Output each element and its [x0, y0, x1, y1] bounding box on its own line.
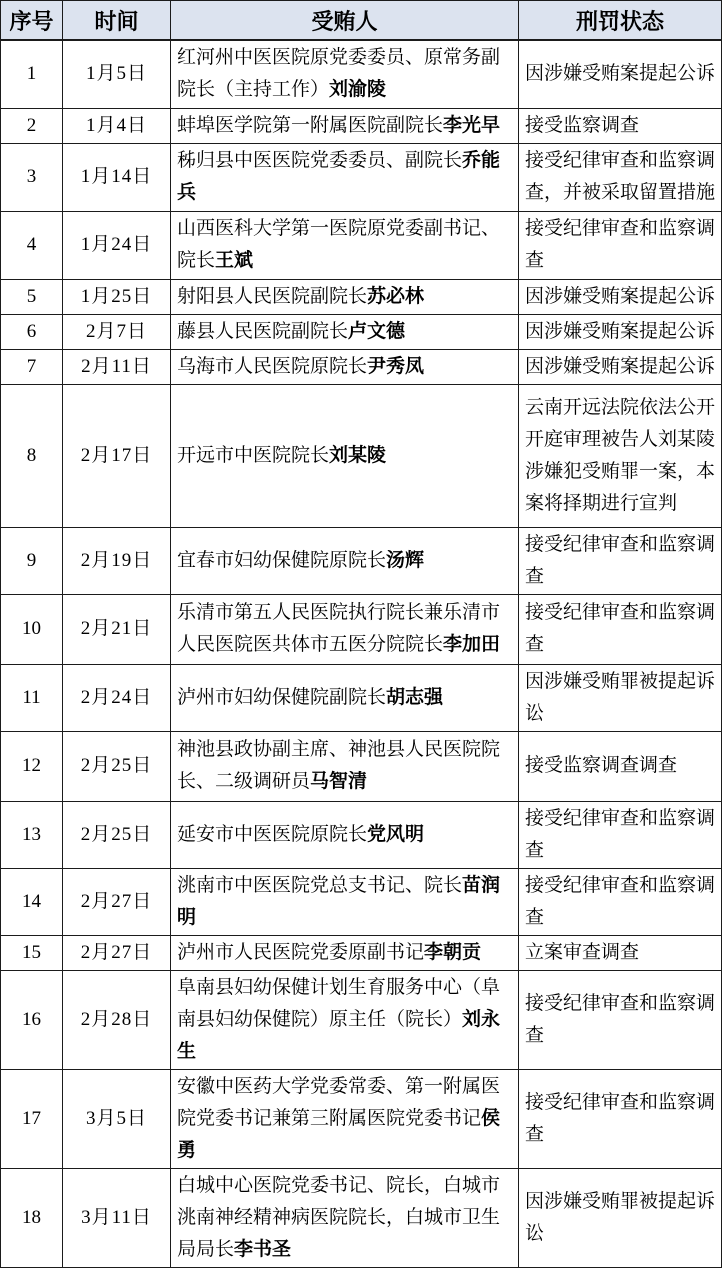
recipient-title: 洮南市中医医院党总支书记、院长 — [177, 875, 462, 896]
status-cell: 接受纪律审查和监察调查 — [519, 527, 722, 594]
recipient-name: 马智清 — [310, 771, 367, 792]
col-header-serial: 序号 — [1, 1, 63, 41]
status-cell: 接受监察调查 — [519, 108, 722, 143]
status-cell: 接受纪律审查和监察调查 — [519, 970, 722, 1069]
recipient-cell: 开远市中医院院长刘某陵 — [171, 384, 519, 527]
recipient-name: 汤辉 — [386, 550, 424, 571]
serial-cell: 17 — [1, 1069, 63, 1168]
date-cell: 3月5日 — [63, 1069, 171, 1168]
date-cell: 2月7日 — [63, 314, 171, 349]
recipient-title: 乌海市人民医院原院长 — [177, 356, 367, 377]
serial-cell: 7 — [1, 349, 63, 384]
recipient-title: 蚌埠医学院第一附属医院副院长 — [177, 115, 443, 136]
date-cell: 2月27日 — [63, 935, 171, 970]
status-cell: 因涉嫌受贿案提起公诉 — [519, 314, 722, 349]
table-row: 15 2月27日 泸州市人民医院党委原副书记李朝贡 立案审查调查 — [1, 935, 722, 970]
table-row: 9 2月19日 宜春市妇幼保健院原院长汤辉 接受纪律审查和监察调查 — [1, 527, 722, 594]
recipient-cell: 射阳县人民医院副院长苏必林 — [171, 279, 519, 314]
recipient-cell: 秭归县中医医院党委委员、副院长乔能兵 — [171, 143, 519, 211]
table-row: 2 1月4日 蚌埠医学院第一附属医院副院长李光早 接受监察调查 — [1, 108, 722, 143]
recipient-title: 秭归县中医医院党委委员、副院长 — [177, 150, 462, 171]
serial-cell: 4 — [1, 211, 63, 279]
table-row: 14 2月27日 洮南市中医医院党总支书记、院长苗润明 接受纪律审查和监察调查 — [1, 868, 722, 935]
recipient-title: 延安市中医医院原院长 — [177, 824, 367, 845]
status-cell: 因涉嫌受贿罪被提起诉讼 — [519, 664, 722, 731]
status-cell: 因涉嫌受贿案提起公诉 — [519, 40, 722, 108]
serial-cell: 6 — [1, 314, 63, 349]
recipient-name: 刘某陵 — [329, 445, 386, 466]
recipient-title: 阜南县妇幼保健计划生育服务中心（阜南县妇幼保健院）原主任（院长） — [177, 977, 500, 1030]
recipient-cell: 泸州市人民医院党委原副书记李朝贡 — [171, 935, 519, 970]
serial-cell: 10 — [1, 594, 63, 664]
date-cell: 1月25日 — [63, 279, 171, 314]
date-cell: 2月25日 — [63, 801, 171, 868]
status-cell: 接受纪律审查和监察调查 — [519, 801, 722, 868]
table-row: 8 2月17日 开远市中医院院长刘某陵 云南开远法院依法公开开庭审理被告人刘某陵… — [1, 384, 722, 527]
serial-cell: 5 — [1, 279, 63, 314]
recipient-name: 党风明 — [367, 824, 424, 845]
recipient-name: 李书圣 — [234, 1239, 291, 1260]
status-cell: 因涉嫌受贿罪被提起诉讼 — [519, 1168, 722, 1267]
date-cell: 2月28日 — [63, 970, 171, 1069]
recipient-title: 泸州市妇幼保健院副院长 — [177, 687, 386, 708]
date-cell: 1月14日 — [63, 143, 171, 211]
date-cell: 2月25日 — [63, 731, 171, 801]
recipient-name: 李朝贡 — [424, 942, 481, 963]
recipient-title: 安徽中医药大学党委常委、第一附属医院党委书记兼第三附属医院党委书记 — [177, 1076, 500, 1129]
serial-cell: 1 — [1, 40, 63, 108]
serial-cell: 9 — [1, 527, 63, 594]
bribery-cases-table: 序号 时间 受贿人 刑罚状态 1 1月5日 红河州中医医院原党委委员、原常务副院… — [0, 0, 722, 1268]
recipient-title: 白城中心医院党委书记、院长，白城市洮南神经精神病医院院长，白城市卫生局局长 — [177, 1175, 500, 1260]
serial-cell: 16 — [1, 970, 63, 1069]
status-cell: 接受纪律审查和监察调查 — [519, 868, 722, 935]
recipient-cell: 蚌埠医学院第一附属医院副院长李光早 — [171, 108, 519, 143]
serial-cell: 3 — [1, 143, 63, 211]
recipient-name: 李加田 — [443, 634, 500, 655]
recipient-title: 宜春市妇幼保健院原院长 — [177, 550, 386, 571]
date-cell: 1月24日 — [63, 211, 171, 279]
serial-cell: 18 — [1, 1168, 63, 1267]
date-cell: 3月11日 — [63, 1168, 171, 1267]
serial-cell: 15 — [1, 935, 63, 970]
table-row: 18 3月11日 白城中心医院党委书记、院长，白城市洮南神经精神病医院院长，白城… — [1, 1168, 722, 1267]
serial-cell: 14 — [1, 868, 63, 935]
serial-cell: 2 — [1, 108, 63, 143]
recipient-cell: 红河州中医医院原党委委员、原常务副院长（主持工作）刘渝陵 — [171, 40, 519, 108]
recipient-name: 李光早 — [443, 115, 500, 136]
table-row: 13 2月25日 延安市中医医院原院长党风明 接受纪律审查和监察调查 — [1, 801, 722, 868]
recipient-cell: 宜春市妇幼保健院原院长汤辉 — [171, 527, 519, 594]
table-row: 5 1月25日 射阳县人民医院副院长苏必林 因涉嫌受贿案提起公诉 — [1, 279, 722, 314]
date-cell: 2月24日 — [63, 664, 171, 731]
date-cell: 1月5日 — [63, 40, 171, 108]
col-header-date: 时间 — [63, 1, 171, 41]
status-cell: 接受纪律审查和监察调查，并被采取留置措施 — [519, 143, 722, 211]
header-row: 序号 时间 受贿人 刑罚状态 — [1, 1, 722, 41]
table-row: 1 1月5日 红河州中医医院原党委委员、原常务副院长（主持工作）刘渝陵 因涉嫌受… — [1, 40, 722, 108]
recipient-cell: 延安市中医医院原院长党风明 — [171, 801, 519, 868]
status-cell: 立案审查调查 — [519, 935, 722, 970]
recipient-cell: 乐清市第五人民医院执行院长兼乐清市人民医院医共体市五医分院院长李加田 — [171, 594, 519, 664]
table-row: 12 2月25日 神池县政协副主席、神池县人民医院院长、二级调研员马智清 接受监… — [1, 731, 722, 801]
serial-cell: 12 — [1, 731, 63, 801]
recipient-name: 王斌 — [215, 250, 253, 271]
recipient-name: 尹秀凤 — [367, 356, 424, 377]
date-cell: 2月19日 — [63, 527, 171, 594]
status-cell: 云南开远法院依法公开开庭审理被告人刘某陵涉嫌犯受贿罪一案，本案将择期进行宣判 — [519, 384, 722, 527]
recipient-cell: 神池县政协副主席、神池县人民医院院长、二级调研员马智清 — [171, 731, 519, 801]
recipient-cell: 阜南县妇幼保健计划生育服务中心（阜南县妇幼保健院）原主任（院长）刘永生 — [171, 970, 519, 1069]
status-cell: 因涉嫌受贿案提起公诉 — [519, 279, 722, 314]
table-row: 4 1月24日 山西医科大学第一医院原党委副书记、院长王斌 接受纪律审查和监察调… — [1, 211, 722, 279]
recipient-name: 刘渝陵 — [329, 79, 386, 100]
status-cell: 接受监察调查调查 — [519, 731, 722, 801]
table-row: 17 3月5日 安徽中医药大学党委常委、第一附属医院党委书记兼第三附属医院党委书… — [1, 1069, 722, 1168]
recipient-cell: 白城中心医院党委书记、院长，白城市洮南神经精神病医院院长，白城市卫生局局长李书圣 — [171, 1168, 519, 1267]
date-cell: 1月4日 — [63, 108, 171, 143]
recipient-name: 苏必林 — [367, 286, 424, 307]
recipient-title: 泸州市人民医院党委原副书记 — [177, 942, 424, 963]
recipient-cell: 藤县人民医院副院长卢文德 — [171, 314, 519, 349]
recipient-title: 藤县人民医院副院长 — [177, 321, 348, 342]
table-row: 3 1月14日 秭归县中医医院党委委员、副院长乔能兵 接受纪律审查和监察调查，并… — [1, 143, 722, 211]
date-cell: 2月17日 — [63, 384, 171, 527]
table-row: 11 2月24日 泸州市妇幼保健院副院长胡志强 因涉嫌受贿罪被提起诉讼 — [1, 664, 722, 731]
recipient-name: 胡志强 — [386, 687, 443, 708]
serial-cell: 11 — [1, 664, 63, 731]
status-cell: 接受纪律审查和监察调查 — [519, 1069, 722, 1168]
recipient-cell: 安徽中医药大学党委常委、第一附属医院党委书记兼第三附属医院党委书记侯勇 — [171, 1069, 519, 1168]
recipient-cell: 泸州市妇幼保健院副院长胡志强 — [171, 664, 519, 731]
document-page: 序号 时间 受贿人 刑罚状态 1 1月5日 红河州中医医院原党委委员、原常务副院… — [0, 0, 723, 1268]
recipient-title: 开远市中医院院长 — [177, 445, 329, 466]
recipient-cell: 乌海市人民医院原院长尹秀凤 — [171, 349, 519, 384]
col-header-recipient: 受贿人 — [171, 1, 519, 41]
recipient-cell: 洮南市中医医院党总支书记、院长苗润明 — [171, 868, 519, 935]
serial-cell: 8 — [1, 384, 63, 527]
table-row: 7 2月11日 乌海市人民医院原院长尹秀凤 因涉嫌受贿案提起公诉 — [1, 349, 722, 384]
date-cell: 2月21日 — [63, 594, 171, 664]
recipient-title: 射阳县人民医院副院长 — [177, 286, 367, 307]
table-row: 6 2月7日 藤县人民医院副院长卢文德 因涉嫌受贿案提起公诉 — [1, 314, 722, 349]
date-cell: 2月11日 — [63, 349, 171, 384]
status-cell: 接受纪律审查和监察调查 — [519, 594, 722, 664]
recipient-cell: 山西医科大学第一医院原党委副书记、院长王斌 — [171, 211, 519, 279]
status-cell: 因涉嫌受贿案提起公诉 — [519, 349, 722, 384]
recipient-name: 卢文德 — [348, 321, 405, 342]
date-cell: 2月27日 — [63, 868, 171, 935]
col-header-status: 刑罚状态 — [519, 1, 722, 41]
status-cell: 接受纪律审查和监察调查 — [519, 211, 722, 279]
table-row: 10 2月21日 乐清市第五人民医院执行院长兼乐清市人民医院医共体市五医分院院长… — [1, 594, 722, 664]
serial-cell: 13 — [1, 801, 63, 868]
table-row: 16 2月28日 阜南县妇幼保健计划生育服务中心（阜南县妇幼保健院）原主任（院长… — [1, 970, 722, 1069]
